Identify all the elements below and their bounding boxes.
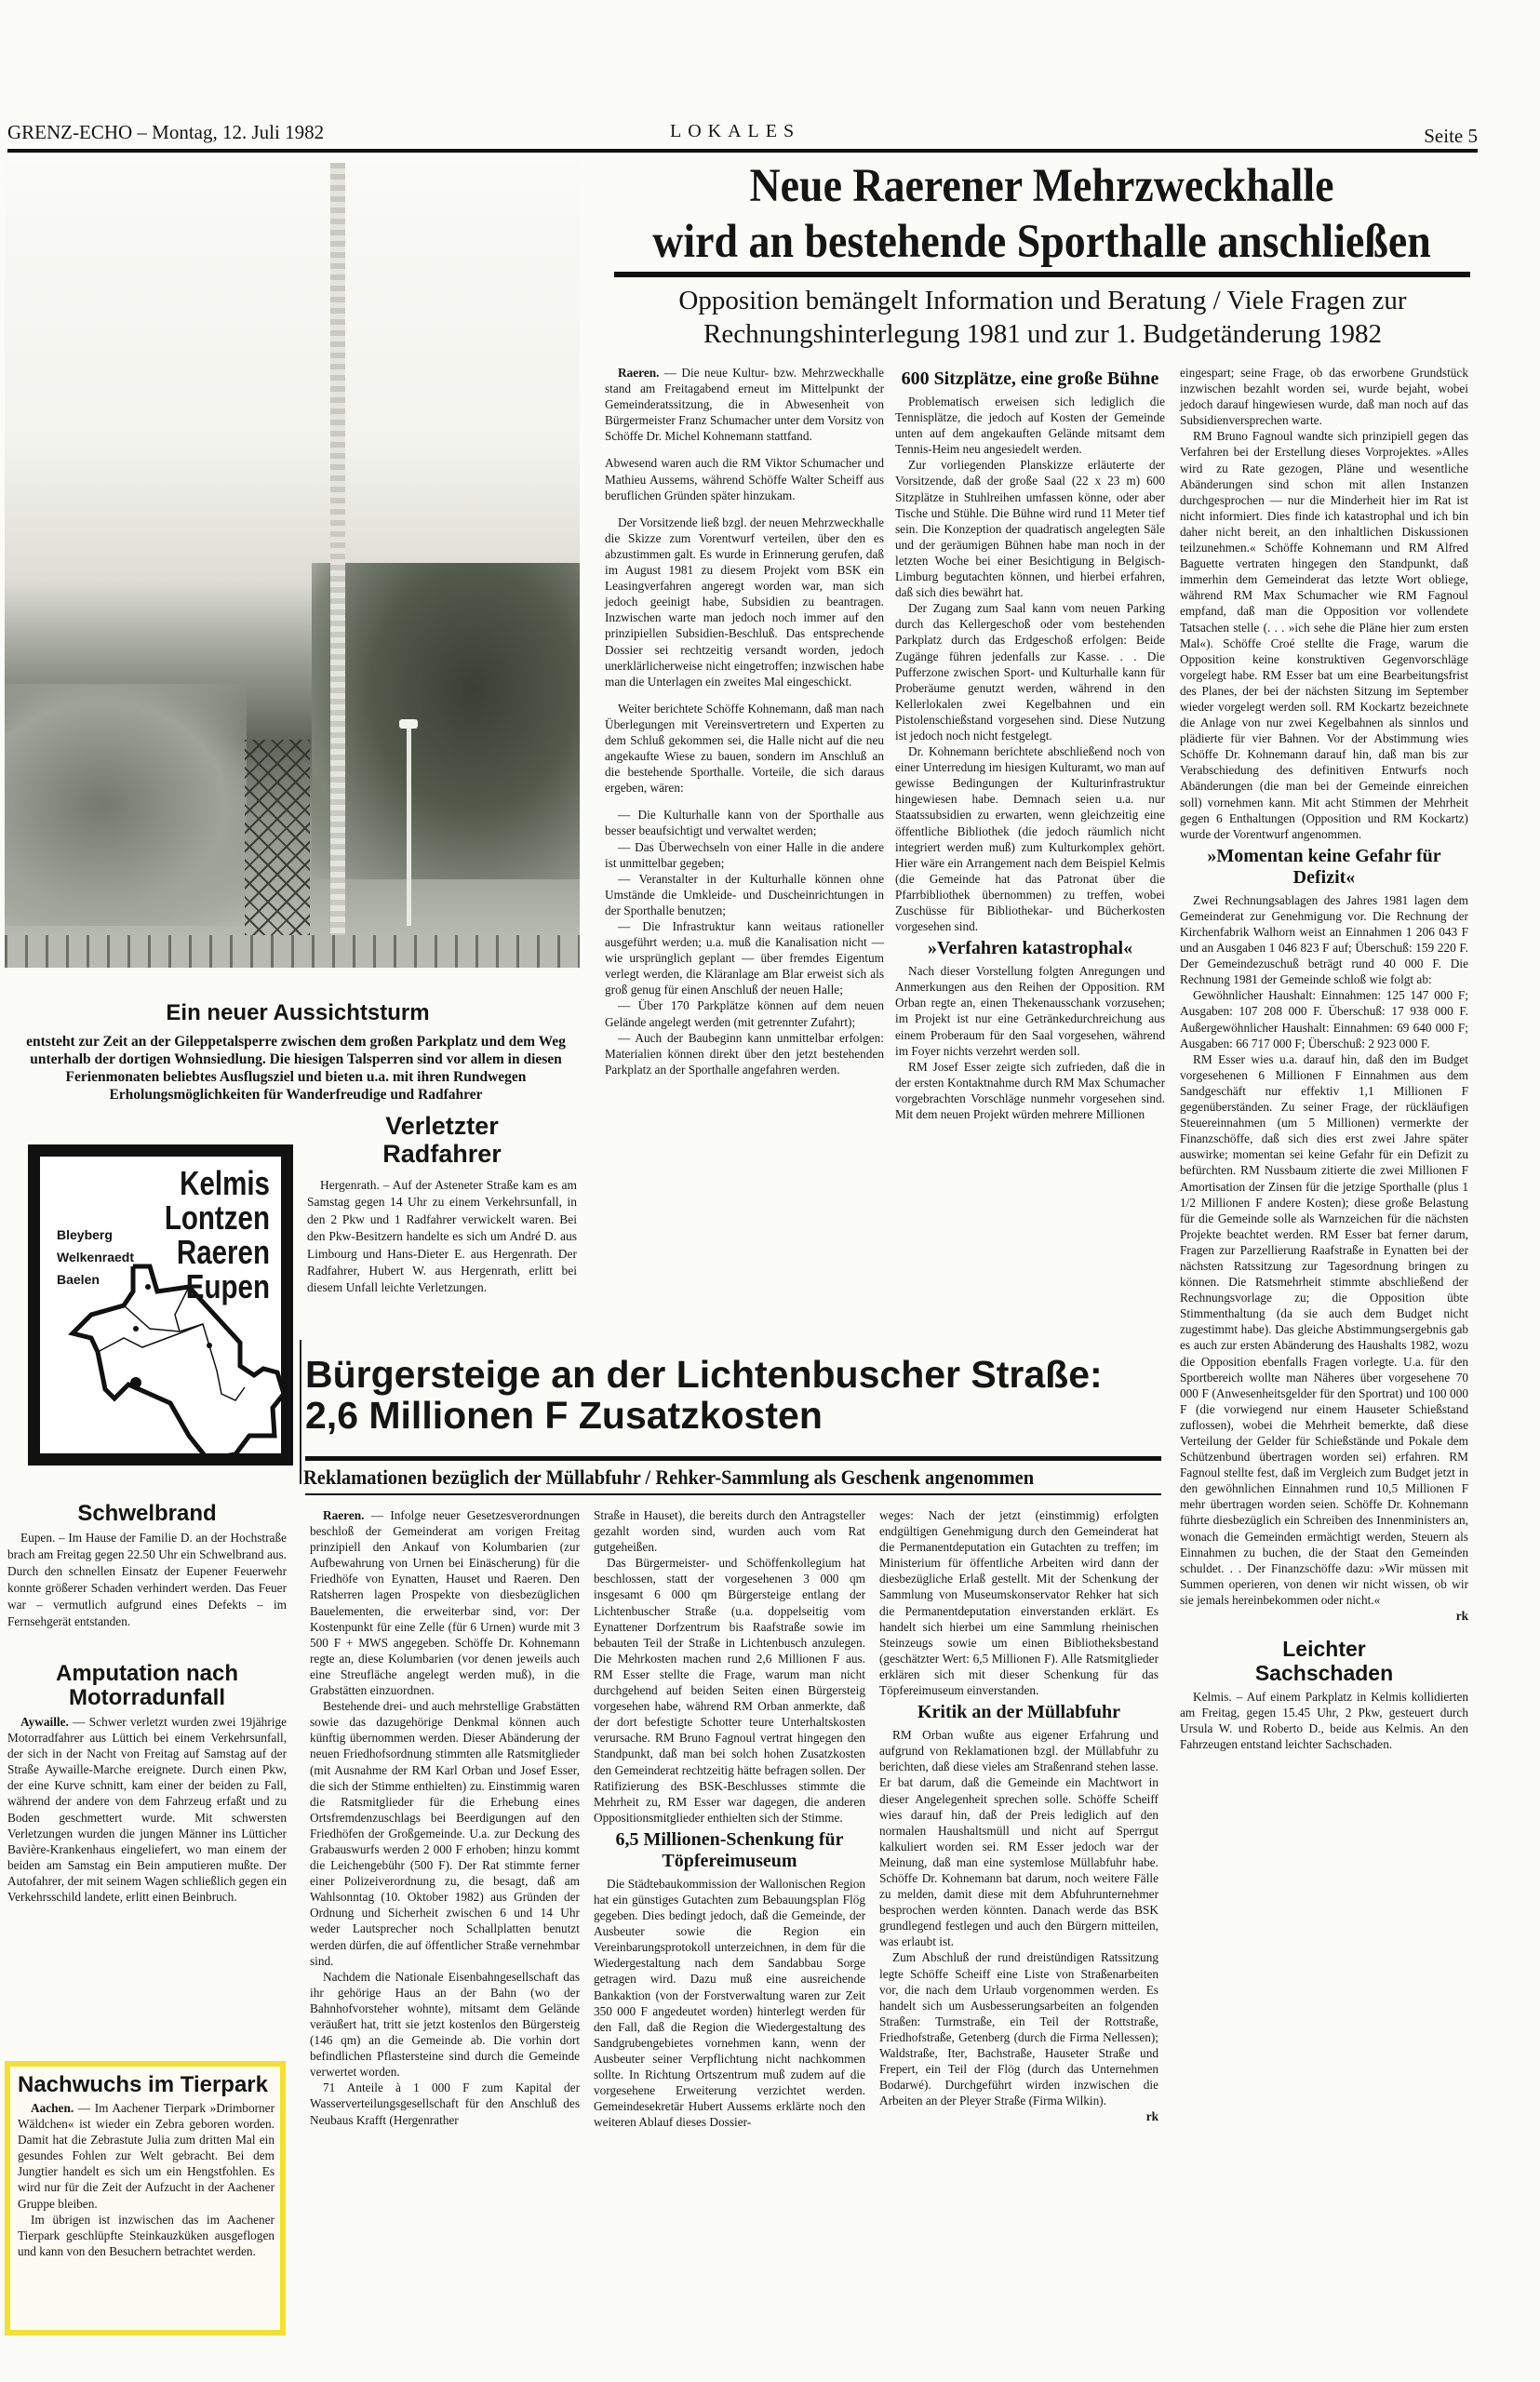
- town-label: Eupen: [165, 1269, 270, 1304]
- dateline: Aachen.: [31, 2101, 74, 2115]
- list-item: — Die Infrastruktur kann weitaus ratione…: [605, 918, 884, 997]
- photo-lamppost: [407, 726, 411, 926]
- photo-caption-body: entsteht zur Zeit an der Gileppetalsperr…: [7, 1033, 584, 1104]
- paragraph: Nachdem die Nationale Eisenbahngesellsch…: [310, 1969, 580, 2081]
- photo-fence: [5, 935, 580, 968]
- running-head: GRENZ-ECHO – Montag, 12. Juli 1982 LOKAL…: [7, 121, 1478, 149]
- list-item: — Über 170 Parkplätze können auf dem neu…: [605, 997, 884, 1029]
- paragraph: Der Zugang zum Saal kann vom neuen Parki…: [895, 600, 1165, 743]
- paragraph: Die Städtebaukommission der Wallonischen…: [594, 1876, 865, 2131]
- headline-line2: Radfahrer: [307, 1140, 577, 1168]
- subheading-defizit: »Momentan keine Gefahr für Defizit«: [1180, 846, 1468, 889]
- paragraph: Zur vorliegenden Planskizze erläuterte d…: [895, 457, 1165, 600]
- list-item: — Veranstalter in der Kulturhalle können…: [605, 871, 884, 918]
- dateline: Raeren.: [618, 366, 659, 380]
- amputation-body: — Schwer verletzt wurden zwei 19jährige …: [7, 1715, 287, 1904]
- paragraph: Problematisch erweisen sich lediglich di…: [895, 394, 1165, 457]
- paragraph: RM Orban wußte aus eigener Erfahrung und…: [879, 1727, 1158, 1949]
- subheading-verfahren: »Verfahren katastrophal«: [895, 938, 1165, 959]
- main-article-col1: Raeren. — Die neue Kultur- bzw. Mehrzwec…: [605, 365, 884, 1077]
- buergersteige-col3: weges: Nach der jetzt (einstimmig) erfol…: [879, 1507, 1158, 2124]
- headline: Verletzter Radfahrer: [307, 1112, 577, 1168]
- paragraph: Straße in Hauset), die bereits durch den…: [594, 1507, 865, 1555]
- town-label: Kelmis: [165, 1166, 270, 1200]
- paragraph: RM Esser wies u.a. darauf hin, daß den i…: [1180, 1051, 1468, 1608]
- headline-line2: 2,6 Millionen F Zusatzkosten: [305, 1395, 1180, 1436]
- paragraph: Zum Abschluß der rund dreistündigen Rats…: [879, 1949, 1158, 2108]
- photo-trees-left: [5, 684, 247, 926]
- list-item: — Die Kulturhalle kann von der Sporthall…: [605, 807, 884, 838]
- schwelbrand-headline: Schwelbrand: [7, 1502, 287, 1526]
- main-article-col3: eingespart; seine Frage, ob das erworben…: [1180, 365, 1468, 1753]
- town-label: Baelen: [57, 1268, 134, 1291]
- page-number: Seite 5: [1424, 125, 1478, 148]
- region-map-box: Kelmis Lontzen Raeren Eupen Bleyberg Wel…: [28, 1144, 293, 1465]
- main-subheadline: Opposition bemängelt Information und Ber…: [612, 284, 1473, 351]
- photo-scaffold: [245, 740, 310, 935]
- article-verletzter-radfahrer: Verletzter Radfahrer Hergenrath. – Auf d…: [307, 1112, 577, 1297]
- left-column-briefs: Schwelbrand Eupen. – Im Hause der Famili…: [7, 1498, 287, 1905]
- paragraph: Nach dieser Vorstellung folgten Anregung…: [895, 963, 1165, 1059]
- section-label: LOKALES: [670, 121, 800, 142]
- town-label: Lontzen: [165, 1200, 270, 1235]
- main-headline-line2: wird an bestehende Sporthalle anschließe…: [650, 214, 1434, 270]
- column-divider: [300, 1340, 301, 1484]
- main-headline-line1: Neue Raerener Mehrzweckhalle: [650, 158, 1434, 214]
- paragraph: RM Bruno Fagnoul wandte sich prinzipiell…: [1180, 428, 1468, 841]
- buergersteige-subheadline: Reklamationen bezüglich der Müllabfuhr /…: [303, 1465, 1108, 1490]
- header-rule: [7, 149, 1478, 153]
- buergersteige-rule-2: [305, 1493, 1161, 1495]
- headline-line2: Motorradunfall: [7, 1686, 287, 1710]
- paragraph: Gewöhnlicher Haushalt: Einnahmen: 125 14…: [1180, 987, 1468, 1050]
- town-label: Raeren: [165, 1235, 270, 1269]
- photo-trees-right: [312, 563, 580, 879]
- paragraph: RM Josef Esser zeigte sich zufrieden, da…: [895, 1059, 1165, 1122]
- dateline: Aywaille.: [20, 1715, 69, 1729]
- amputation-headline: Amputation nach Motorradunfall: [7, 1662, 287, 1710]
- paragraph: eingespart; seine Frage, ob das erworben…: [1180, 365, 1468, 428]
- subheading-muellabfuhr: Kritik an der Müllabfuhr: [879, 1702, 1158, 1723]
- main-article-col2: 600 Sitzplätze, eine große Bühne Problem…: [895, 365, 1165, 1122]
- buergersteige-col2: Straße in Hauset), die bereits durch den…: [594, 1507, 865, 2130]
- list-item: — Auch der Baubeginn kann unmittelbar er…: [605, 1030, 884, 1077]
- photo-lamp-head: [399, 719, 418, 729]
- photo-tower: [330, 163, 345, 935]
- headline-line1: Amputation nach: [7, 1662, 287, 1686]
- paragraph: Bestehende drei- und auch mehrstellige G…: [310, 1698, 580, 1969]
- town-label: Bleyberg: [57, 1224, 134, 1246]
- list-item: — Das Überwechseln von einer Halle in di…: [605, 839, 884, 871]
- map-towns-big: Kelmis Lontzen Raeren Eupen: [165, 1166, 270, 1304]
- tierpark-box: Nachwuchs im Tierpark Aachen. — Im Aache…: [5, 2061, 286, 2335]
- tierpark-body-2: Im übrigen ist inzwischen das im Aachene…: [18, 2212, 275, 2259]
- paragraph: — Infolge neuer Gesetzesverordnungen bes…: [310, 1508, 580, 1697]
- photo-caption-title: Ein neuer Aussichtsturm: [0, 1000, 596, 1026]
- tower-photo: [5, 163, 580, 968]
- headline-line2: Sachschaden: [1180, 1661, 1468, 1685]
- buergersteige-headline: Bürgersteige an der Lichtenbuscher Straß…: [305, 1354, 1180, 1436]
- paragraph: Das Bürgermeister- und Schöffenkollegium…: [594, 1555, 865, 1826]
- paragraph: Abwesend waren auch die RM Viktor Schuma…: [605, 455, 884, 502]
- masthead-date: GRENZ-ECHO – Montag, 12. Juli 1982: [7, 121, 324, 144]
- paragraph: Zwei Rechnungsablagen des Jahres 1981 la…: [1180, 892, 1468, 988]
- paragraph: Der Vorsitzende ließ bzgl. der neuen Meh…: [605, 515, 884, 689]
- tierpark-body: — Im Aachener Tierpark »Drimborner Wäldc…: [18, 2101, 275, 2211]
- author-signature: rk: [1180, 1608, 1468, 1624]
- headline-line1: Verletzter: [307, 1112, 577, 1140]
- dateline: Raeren.: [323, 1508, 364, 1522]
- main-headline: Neue Raerener Mehrzweckhalle wird an bes…: [650, 158, 1434, 270]
- leichter-sachschaden-headline: Leichter Sachschaden: [1180, 1637, 1468, 1685]
- paragraph: weges: Nach der jetzt (einstimmig) erfol…: [879, 1507, 1158, 1698]
- headline-line1: Leichter: [1180, 1637, 1468, 1661]
- buergersteige-col1: Raeren. — Infolge neuer Gesetzesverordnu…: [310, 1507, 580, 2128]
- map-towns-small: Bleyberg Welkenraedt Baelen: [57, 1224, 134, 1291]
- subheading-schenkung: 6,5 Millionen-Schenkung für Töpfereimuse…: [594, 1829, 865, 1872]
- article-body: Hergenrath. – Auf der Asteneter Straße k…: [307, 1177, 577, 1297]
- author-signature: rk: [879, 2108, 1158, 2124]
- paragraph: 71 Anteile à 1 000 F zum Kapital der Was…: [310, 2080, 580, 2127]
- paragraph: Dr. Kohnemann berichtete abschließend no…: [895, 743, 1165, 934]
- leichter-sachschaden-body: Kelmis. – Auf einem Parkplatz in Kelmis …: [1180, 1689, 1468, 1752]
- main-headline-rule: [614, 272, 1470, 277]
- paragraph: Weiter berichtete Schöffe Kohnemann, daß…: [605, 701, 884, 796]
- buergersteige-rule: [305, 1456, 1161, 1461]
- schwelbrand-body: Eupen. – Im Hause der Familie D. an der …: [7, 1530, 287, 1630]
- town-label: Welkenraedt: [57, 1246, 134, 1268]
- headline-line1: Bürgersteige an der Lichtenbuscher Straß…: [305, 1354, 1180, 1395]
- subheading-sitzplaetze: 600 Sitzplätze, eine große Bühne: [895, 368, 1165, 390]
- tierpark-headline: Nachwuchs im Tierpark: [18, 2072, 275, 2098]
